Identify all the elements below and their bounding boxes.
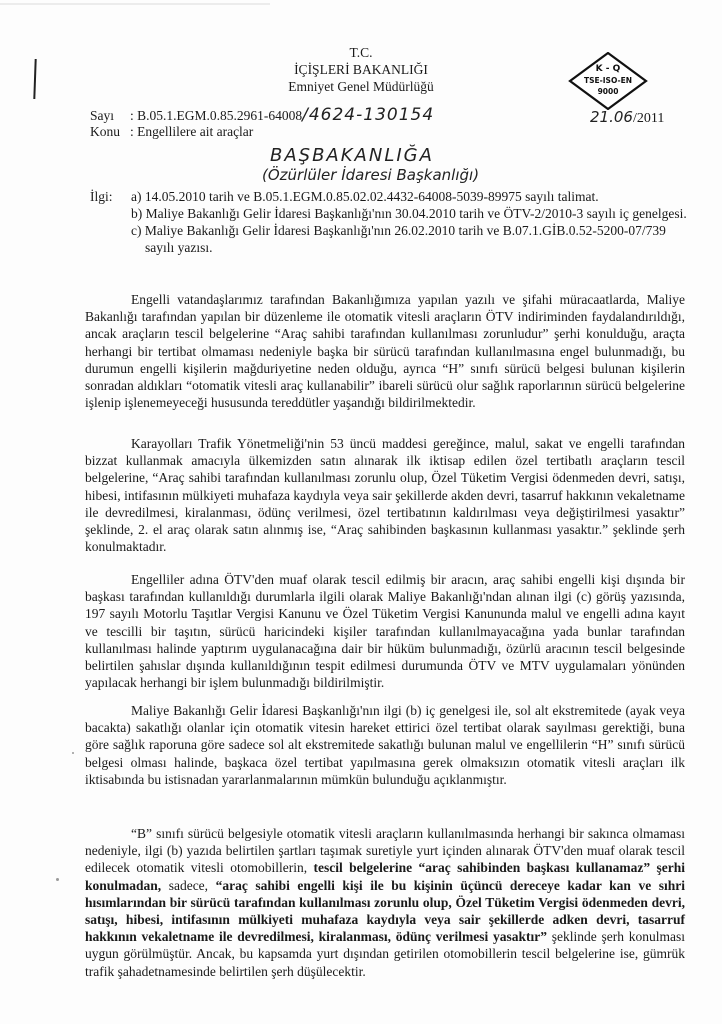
date-printed: /2011 [633, 111, 664, 126]
reference-item: b) Maliye Bakanlığı Gelir İdaresi Başkan… [131, 205, 690, 222]
sayi-label: Sayı [90, 107, 130, 124]
references-list: a) 14.05.2010 tarih ve B.05.1.EGM.0.85.0… [90, 188, 690, 256]
quality-certification-diamond-icon: K - Q TSE-ISO-EN 9000 [568, 52, 648, 110]
konu-value: : Engellilere ait araçlar [130, 124, 253, 139]
references-label: İlgi: [90, 188, 113, 205]
body-paragraph-3: Engelliler adına ÖTV'den muaf olarak tes… [85, 571, 685, 691]
document-page: T.C. İÇİŞLERİ BAKANLIĞI Emniyet Genel Mü… [0, 0, 722, 1024]
sayi-value: : B.05.1.EGM.0.85.2961-64008 [130, 108, 302, 123]
logo-line3: 9000 [598, 87, 619, 96]
scan-speck [72, 752, 74, 754]
addressee-line2: (Özürlüler İdaresi Başkanlığı) [262, 166, 479, 184]
document-date: 21.06/2011 [590, 108, 664, 127]
logo-line1: K - Q [596, 64, 621, 74]
body-paragraph-2: Karayolları Trafik Yönetmeliği'nin 53 ün… [85, 435, 685, 555]
sayi-row: Sayı: B.05.1.EGM.0.85.2961-64008/4624-13… [90, 107, 434, 124]
konu-row: Konu: Engellilere ait araçlar [90, 123, 253, 140]
date-handwritten: 21.06 [590, 108, 633, 126]
addressee-line1: BAŞBAKANLIĞA [270, 146, 434, 166]
body-paragraph-1: Engelli vatandaşlarımız tarafından Bakan… [85, 291, 685, 411]
scan-speck [56, 878, 59, 881]
reference-item: c) Maliye Bakanlığı Gelir İdaresi Başkan… [131, 222, 690, 256]
sayi-handwritten-number: /4624-130154 [302, 105, 434, 125]
reference-item: a) 14.05.2010 tarih ve B.05.1.EGM.0.85.0… [131, 188, 690, 205]
references-section: İlgi: a) 14.05.2010 tarih ve B.05.1.EGM.… [90, 188, 690, 256]
logo-line2: TSE-ISO-EN [584, 76, 632, 85]
p5-text-mid: sadece, [161, 878, 215, 893]
scan-artifact [0, 3, 270, 5]
body-paragraph-4: Maliye Bakanlığı Gelir İdaresi Başkanlığ… [85, 702, 685, 788]
body-paragraph-5: “B” sınıfı sürücü belgesiyle otomatik vi… [85, 825, 685, 980]
konu-label: Konu [90, 123, 130, 140]
